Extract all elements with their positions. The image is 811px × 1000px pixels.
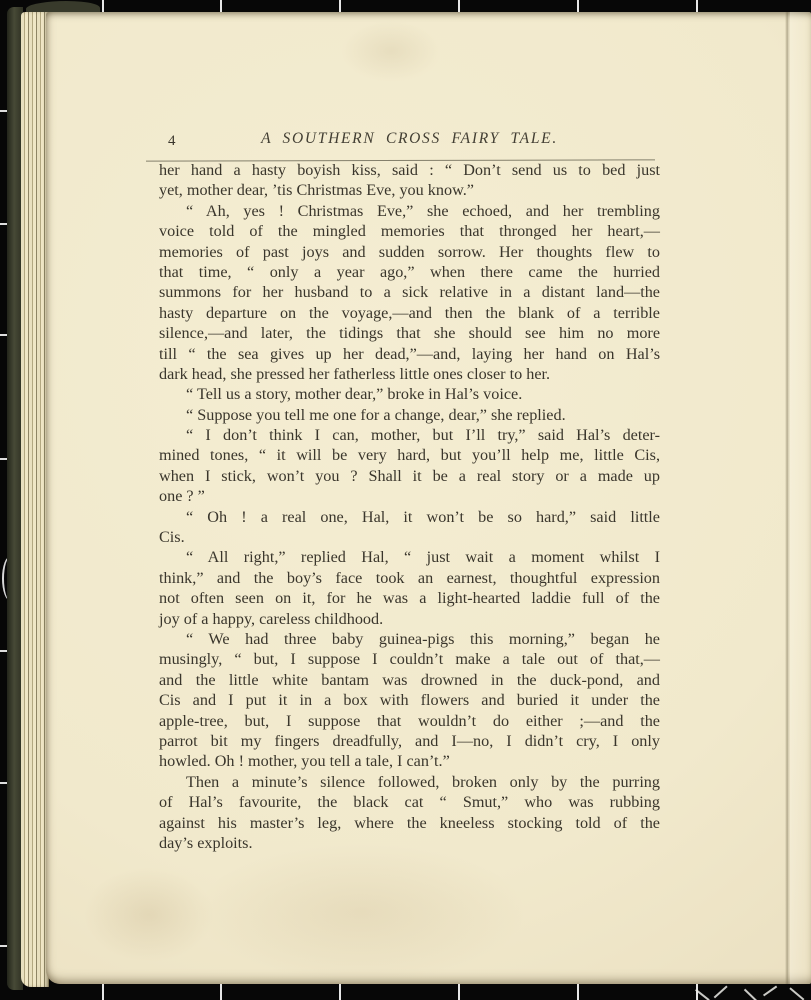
text-line: summons for her husband to a sick relati…: [159, 282, 660, 302]
page-margin-fold: [790, 12, 811, 984]
paragraph: “ All right,” replied Hal, “ just wait a…: [159, 547, 660, 629]
text-line: when I stick, won’t you ? Shall it be a …: [159, 466, 660, 486]
calibration-tick: [339, 984, 341, 1000]
text-line: howled. Oh ! mother, you tell a tale, I …: [159, 751, 660, 771]
text-line: “ Tell us a story, mother dear,” broke i…: [159, 384, 660, 404]
text-line: against his master’s leg, where the knee…: [159, 813, 660, 833]
text-line: Cis and I put it in a box with flowers a…: [159, 690, 660, 710]
text-line: “ I don’t think I can, mother, but I’ll …: [159, 425, 660, 445]
text-line: “ We had three baby guinea-pigs this mor…: [159, 629, 660, 649]
text-line: day’s exploits.: [159, 833, 660, 853]
text-line: apple-tree, but, I suppose that wouldn’t…: [159, 711, 660, 731]
page-number: 4: [168, 133, 176, 150]
text-line: musingly, “ but, I suppose I couldn’t ma…: [159, 649, 660, 669]
text-line: hasty departure on the voyage,—and then …: [159, 303, 660, 323]
calibration-tick: [102, 984, 104, 1000]
calibration-tick: [577, 984, 579, 1000]
text-line: memories of past joys and sudden sorrow.…: [159, 242, 660, 262]
paragraph: “ I don’t think I can, mother, but I’ll …: [159, 425, 660, 507]
text-line: dark head, she pressed her fatherless li…: [159, 364, 660, 384]
text-line: “ Ah, yes ! Christmas Eve,” she echoed, …: [159, 201, 660, 221]
text-line: silence,—and later, the tidings that she…: [159, 323, 660, 343]
text-line: Then a minute’s silence followed, broken…: [159, 772, 660, 792]
page-edge-stack: [21, 12, 49, 987]
text-line: parrot bit my fingers dreadfully, and I—…: [159, 731, 660, 751]
text-line: of Hal’s favourite, the black cat “ Smut…: [159, 792, 660, 812]
text-line: voice told of the mingled memories that …: [159, 221, 660, 241]
text-line: till “ the sea gives up her dead,”—and, …: [159, 344, 660, 364]
text-line: not often seen on it, for he was a light…: [159, 588, 660, 608]
text-line: think,” and the boy’s face took an earne…: [159, 568, 660, 588]
paragraph: “ Suppose you tell me one for a change, …: [159, 405, 660, 425]
paragraph: her hand a hasty boyish kiss, said : “ D…: [159, 160, 660, 201]
calibration-tick: [458, 984, 460, 1000]
paragraph: Then a minute’s silence followed, broken…: [159, 772, 660, 854]
calibration-tick: [220, 984, 222, 1000]
body-text: her hand a hasty boyish kiss, said : “ D…: [159, 160, 660, 853]
running-title: A SOUTHERN CROSS FAIRY TALE.: [164, 130, 655, 148]
text-line: mined tones, “ it will be very hard, but…: [159, 445, 660, 465]
paper-stain: [341, 20, 441, 82]
text-line: “ All right,” replied Hal, “ just wait a…: [159, 547, 660, 567]
scan-background: 4 A SOUTHERN CROSS FAIRY TALE. her hand …: [0, 0, 811, 1000]
text-line: “ Suppose you tell me one for a change, …: [159, 405, 660, 425]
text-line: joy of a happy, careless childhood.: [159, 609, 660, 629]
text-line: and the little white bantam was drowned …: [159, 670, 660, 690]
text-line: that time, “ only a year ago,” when ther…: [159, 262, 660, 282]
paragraph: “ Tell us a story, mother dear,” broke i…: [159, 384, 660, 404]
paper-stain: [84, 867, 214, 962]
paragraph: “ We had three baby guinea-pigs this mor…: [159, 629, 660, 772]
paragraph: “ Ah, yes ! Christmas Eve,” she echoed, …: [159, 201, 660, 385]
paper-stain: [196, 842, 526, 982]
text-line: Cis.: [159, 527, 660, 547]
text-line: “ Oh ! a real one, Hal, it won’t be so h…: [159, 507, 660, 527]
text-line: one ? ”: [159, 486, 660, 506]
paragraph: “ Oh ! a real one, Hal, it won’t be so h…: [159, 507, 660, 548]
text-line: yet, mother dear, ’tis Christmas Eve, yo…: [159, 180, 660, 200]
book-page: 4 A SOUTHERN CROSS FAIRY TALE. her hand …: [46, 12, 811, 984]
text-line: her hand a hasty boyish kiss, said : “ D…: [159, 160, 660, 180]
